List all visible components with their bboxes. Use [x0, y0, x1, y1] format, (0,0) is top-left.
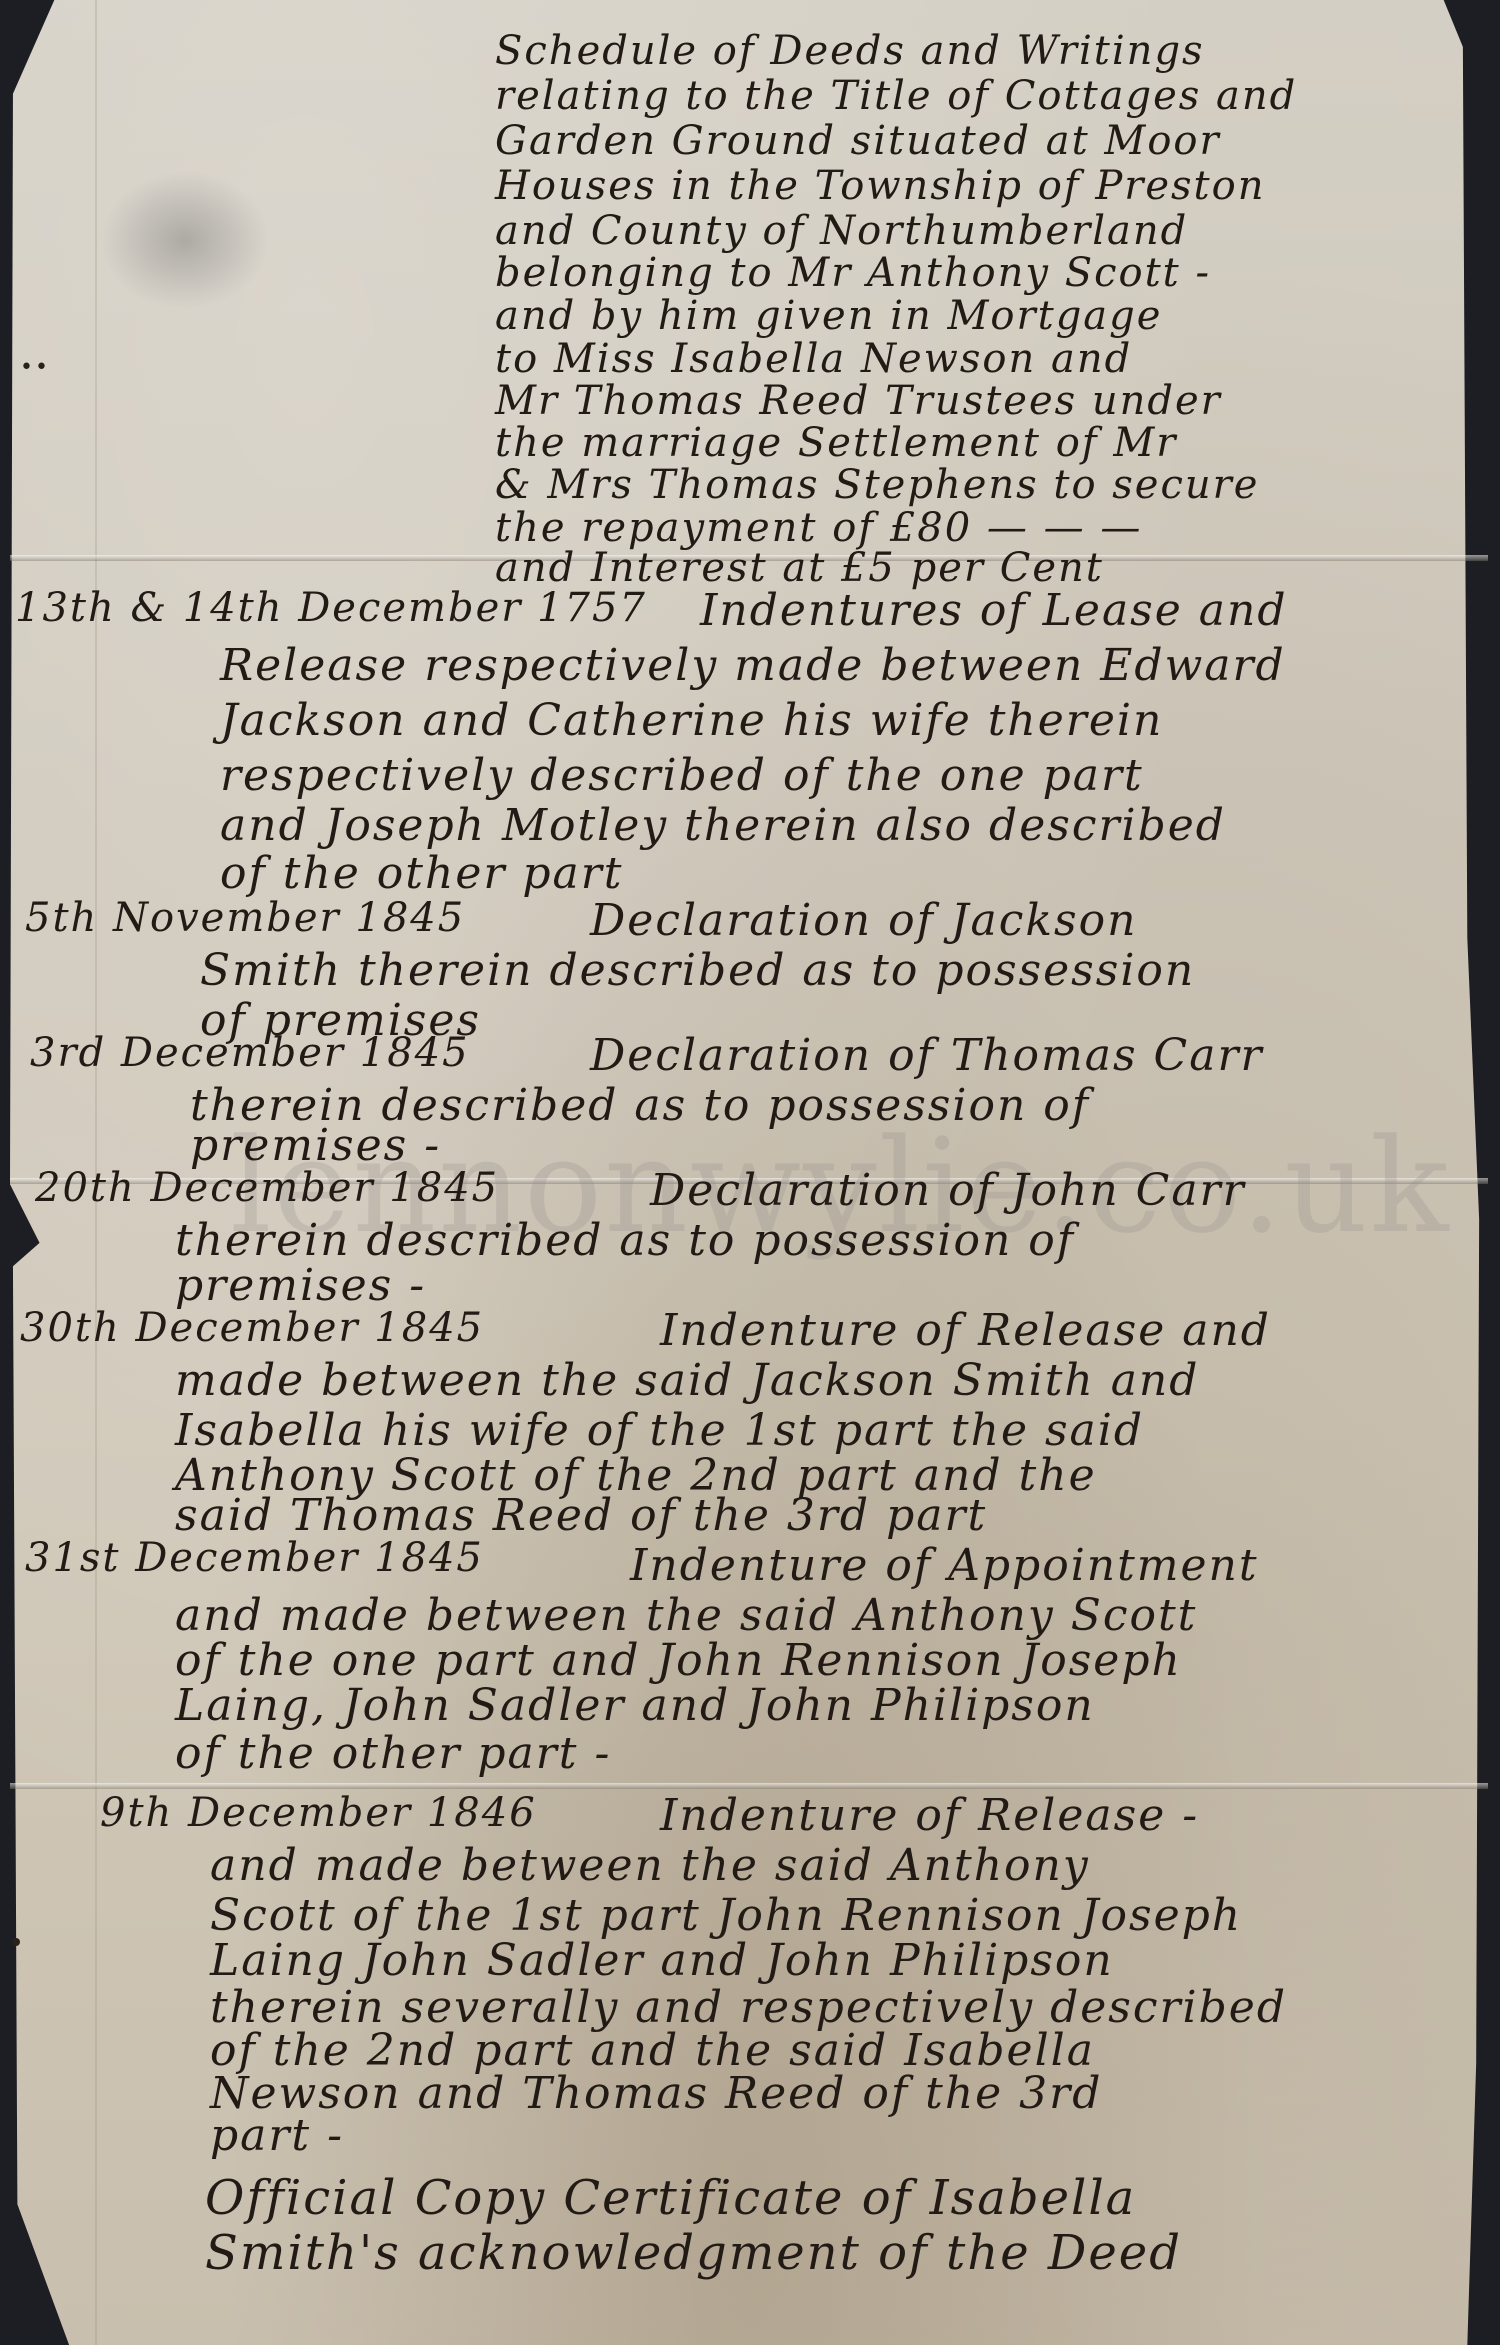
entry-line: of the other part - — [175, 1728, 611, 1779]
heading-line: & Mrs Thomas Stephens to secure — [495, 462, 1259, 508]
entry-line: said Thomas Reed of the 3rd part — [175, 1490, 987, 1541]
heading-line: and County of Northumberland — [495, 208, 1188, 254]
entry-date: 31st December 1845 — [25, 1535, 484, 1581]
entry-date: 30th December 1845 — [20, 1305, 484, 1351]
fold-line — [10, 1783, 1488, 1789]
entry-line: premises - — [175, 1260, 426, 1311]
heading-line: and by him given in Mortgage — [495, 293, 1162, 339]
ink-blot — [12, 1938, 20, 1946]
entry-line: part - — [210, 2110, 344, 2161]
entry-line: Declaration of Thomas Carr — [590, 1030, 1264, 1081]
closing-line: Official Copy Certificate of Isabella — [205, 2170, 1136, 2226]
entry-line: of the one part and John Rennison Joseph — [175, 1635, 1182, 1686]
entry-line: Laing, John Sadler and John Philipson — [175, 1680, 1095, 1731]
entry-line: and made between the said Anthony — [210, 1840, 1090, 1891]
entry-line: made between the said Jackson Smith and — [175, 1355, 1199, 1406]
heading-line: Schedule of Deeds and Writings — [495, 28, 1205, 74]
entry-line: Indenture of Appointment — [630, 1540, 1259, 1591]
heading-line: Garden Ground situated at Moor — [495, 118, 1221, 164]
entry-line: Indenture of Release and — [660, 1305, 1271, 1356]
entry-line: Isabella his wife of the 1st part the sa… — [175, 1405, 1144, 1456]
entry-line: of the other part — [220, 848, 624, 899]
entry-line: Jackson and Catherine his wife therein — [220, 695, 1163, 746]
entry-date: 20th December 1845 — [35, 1165, 499, 1211]
entry-date: 13th & 14th December 1757 — [15, 585, 647, 631]
entry-line: premises - — [190, 1120, 441, 1171]
heading-line: Mr Thomas Reed Trustees under — [495, 378, 1222, 424]
entry-line: respectively described of the one part — [220, 750, 1144, 801]
entry-line: therein described as to possession of — [175, 1215, 1075, 1266]
entry-date: 3rd December 1845 — [30, 1030, 470, 1076]
entry-line: Laing John Sadler and John Philipson — [210, 1935, 1114, 1986]
entry-line: Smith therein described as to possession — [200, 945, 1195, 996]
heading-line: the marriage Settlement of Mr — [495, 420, 1177, 466]
entry-line: Indenture of Release - — [660, 1790, 1199, 1841]
entry-line: Scott of the 1st part John Rennison Jose… — [210, 1890, 1242, 1941]
entry-line: Declaration of John Carr — [650, 1165, 1246, 1216]
entry-line: and Joseph Motley therein also described — [220, 800, 1226, 851]
fingerprint-smudge — [100, 170, 270, 310]
heading-line: relating to the Title of Cottages and — [495, 73, 1297, 119]
entry-date: 9th December 1846 — [100, 1790, 537, 1836]
entry-line: Indentures of Lease and — [700, 585, 1288, 636]
entry-date: 5th November 1845 — [25, 895, 465, 941]
heading-line: to Miss Isabella Newson and — [495, 336, 1132, 382]
heading-line: belonging to Mr Anthony Scott - — [495, 250, 1211, 296]
heading-line: Houses in the Township of Preston — [495, 163, 1265, 209]
ink-dots: •• — [20, 355, 50, 380]
entry-line: Declaration of Jackson — [590, 895, 1137, 946]
entry-line: and made between the said Anthony Scott — [175, 1590, 1197, 1641]
closing-line: Smith's acknowledgment of the Deed — [205, 2225, 1182, 2281]
entry-line: Release respectively made between Edward — [220, 640, 1286, 691]
